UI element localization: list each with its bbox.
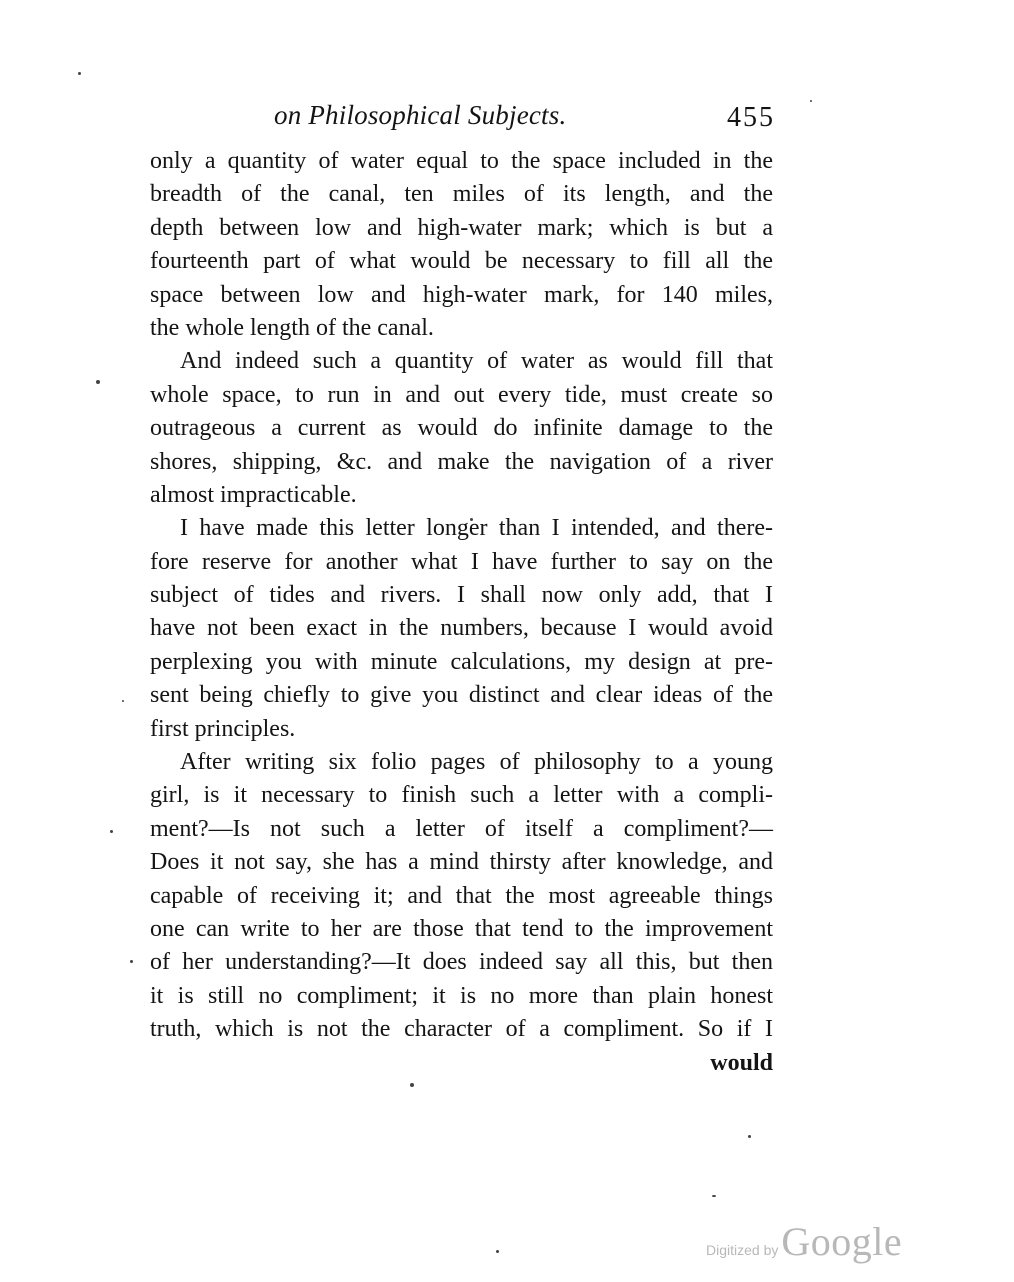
text-line: shores, shipping, &c. and make the navig… — [150, 446, 773, 479]
text-line: almost impracticable. — [150, 479, 773, 512]
running-title: on Philosophical Subjects. — [274, 100, 566, 131]
text-line: one can write to her are those that tend… — [150, 913, 773, 946]
text-line: truth, which is not the character of a c… — [150, 1013, 773, 1046]
text-line: perplexing you with minute calculations,… — [150, 646, 773, 679]
text-line: sent being chiefly to give you distinct … — [150, 679, 773, 712]
scan-speck — [130, 960, 133, 963]
text-line: capable of receiving it; and that the mo… — [150, 880, 773, 913]
scan-speck — [470, 518, 473, 521]
text-line: it is still no compliment; it is no more… — [150, 980, 773, 1013]
scan-speck — [78, 72, 81, 75]
page-number: 455 — [727, 102, 775, 134]
book-page: on Philosophical Subjects. 455 only a qu… — [0, 0, 1014, 1282]
catchword: would — [150, 1047, 773, 1080]
text-line: Does it not say, she has a mind thirsty … — [150, 846, 773, 879]
text-line: After writing six folio pages of philoso… — [150, 746, 773, 779]
text-line: girl, is it necessary to finish such a l… — [150, 779, 773, 812]
text-line: first principles. — [150, 713, 773, 746]
text-line: the whole length of the canal. — [150, 312, 773, 345]
text-line: fourteenth part of what would be necessa… — [150, 245, 773, 278]
scan-speck — [810, 100, 812, 102]
text-line: fore reserve for another what I have fur… — [150, 546, 773, 579]
scan-speck — [410, 1083, 414, 1087]
text-line: of her understanding?—It does indeed say… — [150, 946, 773, 979]
body-text: only a quantity of water equal to the sp… — [150, 145, 773, 1080]
text-line: have not been exact in the numbers, beca… — [150, 612, 773, 645]
google-logo: Google — [781, 1218, 902, 1265]
text-line: breadth of the canal, ten miles of its l… — [150, 178, 773, 211]
text-line: subject of tides and rivers. I shall now… — [150, 579, 773, 612]
text-line: depth between low and high-water mark; w… — [150, 212, 773, 245]
text-line: outrageous a current as would do infinit… — [150, 412, 773, 445]
watermark-label: Digitized by — [706, 1242, 778, 1258]
scan-speck — [496, 1250, 499, 1253]
text-line: whole space, to run in and out every tid… — [150, 379, 773, 412]
text-line: ment?—Is not such a letter of itself a c… — [150, 813, 773, 846]
digitized-by-google-watermark: Digitized by Google — [706, 1218, 902, 1265]
running-head: on Philosophical Subjects. 455 — [150, 100, 775, 140]
text-line: only a quantity of water equal to the sp… — [150, 145, 773, 178]
scan-speck — [712, 1195, 716, 1197]
scan-speck — [96, 380, 100, 384]
text-line: space between low and high-water mark, f… — [150, 279, 773, 312]
scan-speck — [748, 1135, 751, 1138]
text-line: I have made this letter longer than I in… — [150, 512, 773, 545]
scan-speck — [110, 830, 113, 833]
text-line: And indeed such a quantity of water as w… — [150, 345, 773, 378]
scan-speck — [122, 700, 124, 702]
